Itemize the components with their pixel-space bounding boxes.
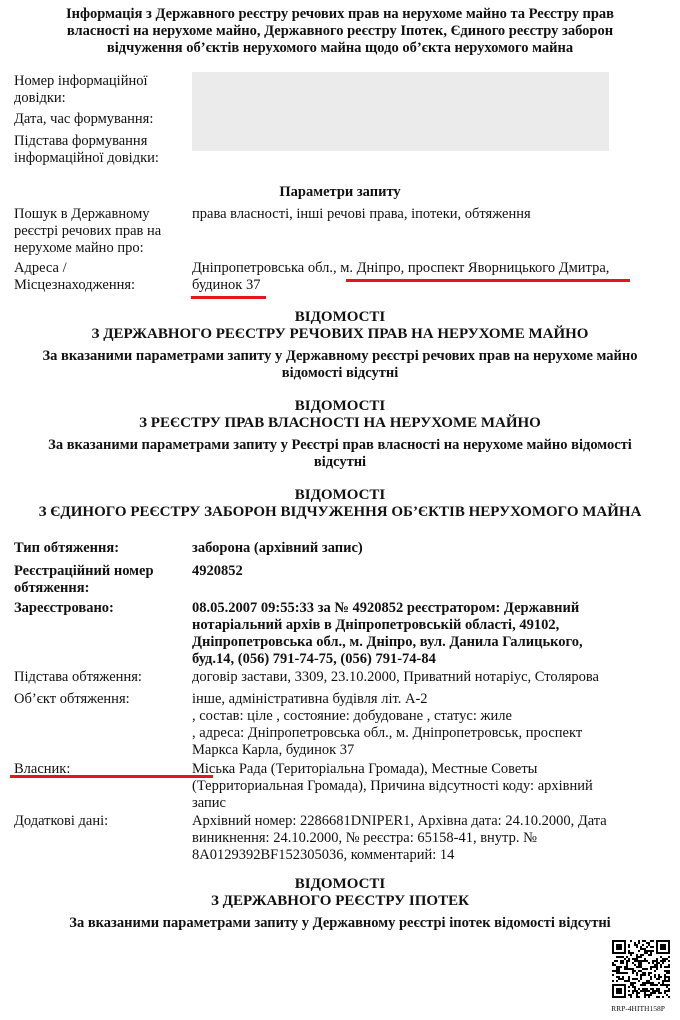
section-ownership-message: За вказаними параметрами запиту у Реєстр… xyxy=(0,437,680,471)
basis-label: Підстава формуванняінформаційної довідки… xyxy=(14,133,184,167)
section-rights-message: За вказаними параметрами запиту у Держав… xyxy=(0,348,680,382)
encumbrance-basis-label: Підстава обтяження: xyxy=(14,669,184,686)
title-line: власності на нерухоме майно, Державного … xyxy=(0,23,680,40)
qr-reference-code: RRP-4HITH158P xyxy=(596,1004,680,1013)
address-value: Дніпропетровська обл., м. Дніпро, проспе… xyxy=(192,260,642,294)
document-title: Інформація з Державного реєстру речових … xyxy=(0,6,680,57)
section-rights-title: ВІДОМОСТІЗ ДЕРЖАВНОГО РЕЄСТРУ РЕЧОВИХ ПР… xyxy=(0,309,680,343)
encumbrance-object-value: інше, адміністративна будівля літ. А-2 ,… xyxy=(192,691,642,759)
encumbrance-basis-value: договір застави, 3309, 23.10.2000, Прива… xyxy=(192,669,642,686)
address-label: Адреса /Місцезнаходження: xyxy=(14,260,184,294)
qr-code-icon xyxy=(612,940,670,998)
section-mortgage-title: ВІДОМОСТІЗ ДЕРЖАВНОГО РЕЄСТРУ ІПОТЕК xyxy=(0,876,680,910)
highlight-underline xyxy=(10,775,213,778)
additional-data-label: Додаткові дані: xyxy=(14,813,184,830)
registration-number-value: 4920852 xyxy=(192,563,642,580)
highlight-underline xyxy=(191,296,266,299)
section-mortgage-message: За вказаними параметрами запиту у Держав… xyxy=(0,915,680,932)
search-label: Пошук в Державномуреєстрі речових прав н… xyxy=(14,206,184,257)
query-heading: Параметри запиту xyxy=(0,184,680,201)
owner-value: Міська Рада (Територіальна Громада), Мес… xyxy=(192,761,642,812)
registered-label: Зареєстровано: xyxy=(14,600,184,617)
reference-number-label: Номер інформаційноїдовідки: xyxy=(14,73,184,107)
search-value: права власності, інші речові права, іпот… xyxy=(192,206,642,223)
section-bans-title: ВІДОМОСТІЗ ЄДИНОГО РЕЄСТРУ ЗАБОРОН ВІДЧУ… xyxy=(0,487,680,521)
encumbrance-type-label: Тип обтяження: xyxy=(14,540,184,557)
encumbrance-object-label: Об’єкт обтяження: xyxy=(14,691,184,708)
registered-value: 08.05.2007 09:55:33 за № 4920852 реєстра… xyxy=(192,600,642,668)
section-ownership-title: ВІДОМОСТІЗ РЕЄСТРУ ПРАВ ВЛАСНОСТІ НА НЕР… xyxy=(0,398,680,432)
additional-data-value: Архівний номер: 2286681DNIPER1, Архівна … xyxy=(192,813,642,864)
title-line: відчуження об’єктів нерухомого майна щод… xyxy=(0,40,680,57)
encumbrance-type-value: заборона (архівний запис) xyxy=(192,540,642,557)
highlight-underline xyxy=(346,279,630,282)
redacted-info-box xyxy=(192,72,609,151)
datetime-label: Дата, час формування: xyxy=(14,111,184,128)
registration-number-label: Реєстраційний номеробтяження: xyxy=(14,563,184,597)
title-line: Інформація з Державного реєстру речових … xyxy=(0,6,680,23)
